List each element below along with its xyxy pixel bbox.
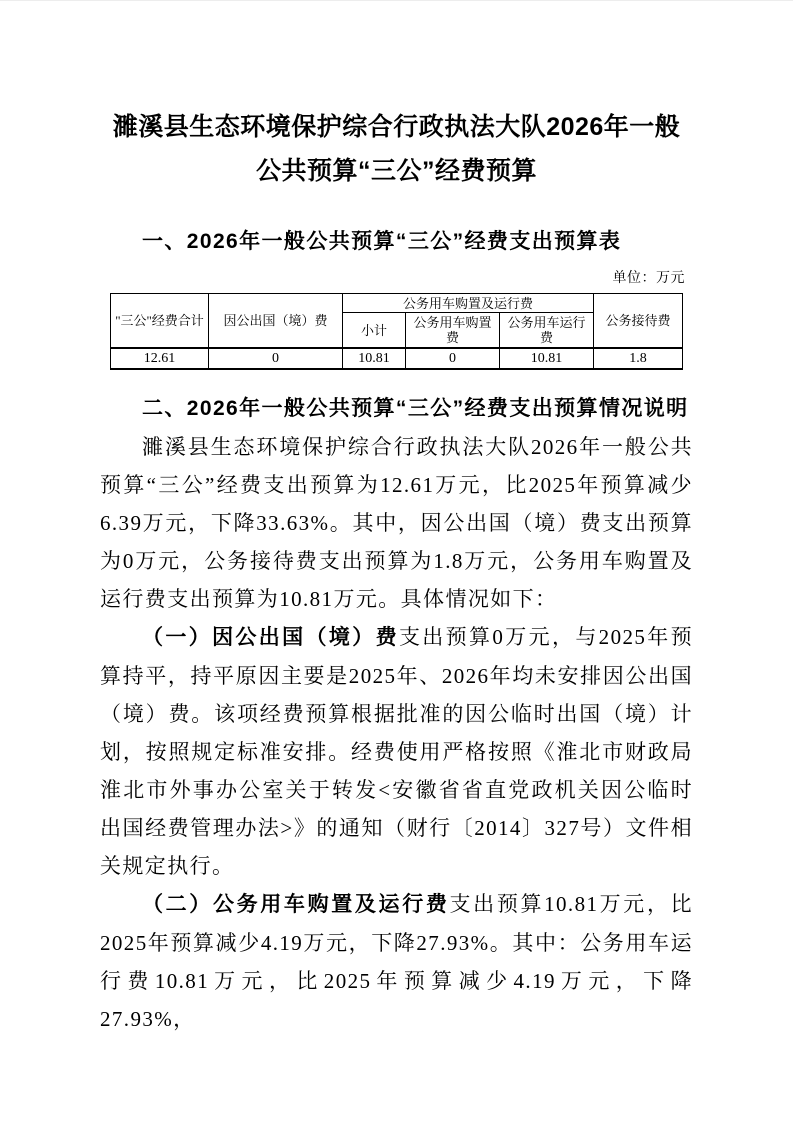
section2-intro-paragraph: 濉溪县生态环境保护综合行政执法大队2026年一般公共预算“三公”经费支出预算为1… bbox=[100, 428, 693, 618]
table-header-vehicle-operation: 公务用车运行费 bbox=[500, 313, 594, 349]
value-reception: 1.8 bbox=[594, 348, 683, 369]
item1-lead: （一）因公出国（境）费 bbox=[142, 626, 399, 649]
table-header-vehicle-purchase: 公务用车购置费 bbox=[406, 313, 500, 349]
item2-lead: （二）公务用车购置及运行费 bbox=[142, 893, 450, 916]
value-total: 12.61 bbox=[111, 348, 209, 369]
item1-paragraph: （一）因公出国（境）费支出预算0万元，与2025年预算持平，持平原因主要是202… bbox=[100, 618, 693, 885]
value-vehicle-subtotal: 10.81 bbox=[343, 348, 406, 369]
table-header-reception: 公务接待费 bbox=[594, 294, 683, 349]
item2-paragraph: （二）公务用车购置及运行费支出预算10.81万元，比2025年预算减少4.19万… bbox=[100, 885, 693, 1038]
table-header-total: "三公"经费合计 bbox=[111, 294, 209, 349]
unit-label: 单位：万元 bbox=[100, 271, 685, 287]
table-row: 12.61 0 10.81 0 10.81 1.8 bbox=[111, 348, 683, 369]
value-vehicle-operation: 10.81 bbox=[500, 348, 594, 369]
budget-table: "三公"经费合计 因公出国（境）费 公务用车购置及运行费 公务接待费 小计 公务… bbox=[110, 293, 683, 370]
item1-body: 支出预算0万元，与2025年预算持平，持平原因主要是2025年、2026年均未安… bbox=[100, 625, 693, 878]
table-header-vehicle-subtotal: 小计 bbox=[343, 313, 406, 349]
document-page: 濉溪县生态环境保护综合行政执法大队2026年一般公共预算“三公”经费预算 一、2… bbox=[0, 0, 793, 1122]
section2-heading: 二、2026年一般公共预算“三公”经费支出预算情况说明 bbox=[100, 390, 693, 428]
value-abroad-fee: 0 bbox=[209, 348, 343, 369]
document-title: 濉溪县生态环境保护综合行政执法大队2026年一般公共预算“三公”经费预算 bbox=[100, 105, 693, 193]
value-vehicle-purchase: 0 bbox=[406, 348, 500, 369]
table-header-abroad-fee: 因公出国（境）费 bbox=[209, 294, 343, 349]
section1-heading: 一、2026年一般公共预算“三公”经费支出预算表 bbox=[100, 223, 693, 261]
table-header-vehicle-group: 公务用车购置及运行费 bbox=[343, 294, 594, 313]
